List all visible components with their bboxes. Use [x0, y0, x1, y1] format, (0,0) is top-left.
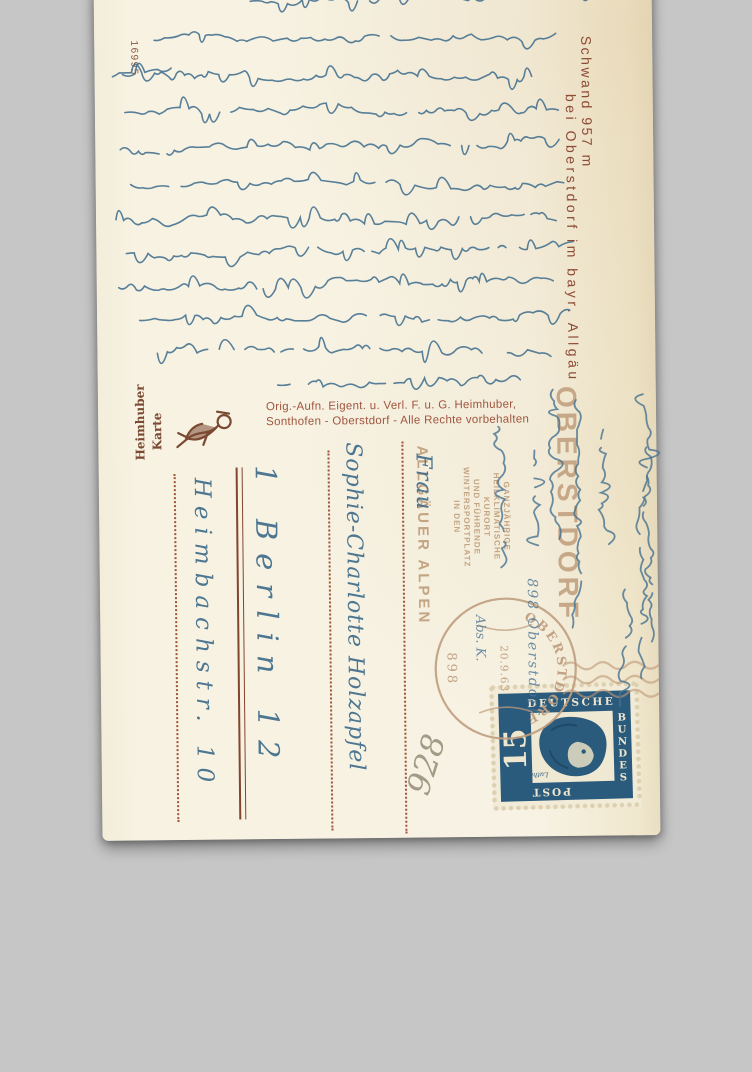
- sender-note-fragment: Abs. K.: [472, 615, 487, 662]
- scanned-postcard-page: { "background_color": "#c6c6c6", "card":…: [0, 0, 752, 1072]
- address-line-frau: Frau: [410, 453, 436, 510]
- handwritten-message: [94, 0, 661, 841]
- address-line-name: Sophie-Charlotte Holzapfel: [340, 442, 368, 771]
- sender-note-fragment: 898 Oberstdorf: [524, 578, 541, 715]
- address-line-street: Heimbachstr. 10: [189, 478, 218, 791]
- address-line-city: 1 Berlin 12: [249, 465, 286, 772]
- postcard-back: 16995 Schwand 957 m bei Oberstdorf im ba…: [94, 0, 661, 841]
